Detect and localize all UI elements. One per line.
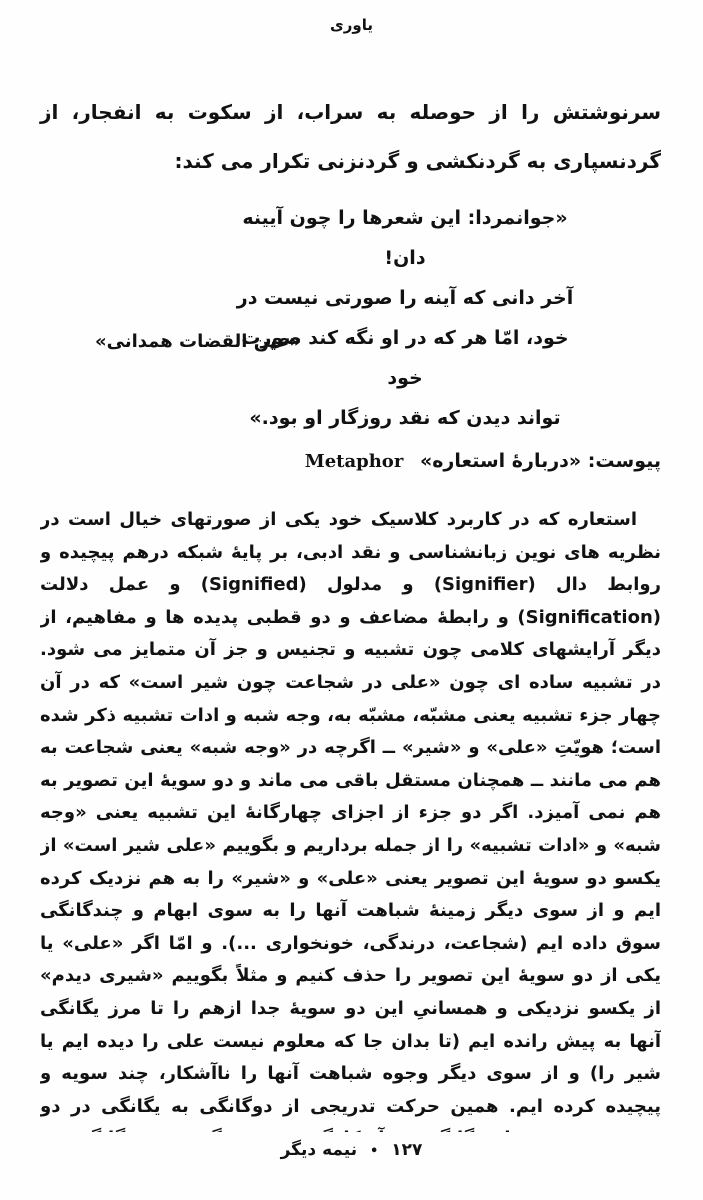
quote-attribution: «عین القضات همدانی» <box>0 328 703 356</box>
poem-quote-line: «جوانمردا: این شعرها را چون آیینه دان! <box>235 198 575 278</box>
section-heading: پیوست: «دربارهٔ استعاره» Metaphor <box>40 450 661 472</box>
poem-quote-line: تواند دیدن که نقد روزگار او بود.» <box>235 398 575 438</box>
footer-page-number: ۱۲۷ <box>391 1140 422 1160</box>
scanned-book-page: یاوری سرنوشتش را از حوصله به سراب، از سک… <box>0 0 703 1200</box>
section-heading-latin-term: Metaphor <box>305 451 404 472</box>
body-paragraph: استعاره که در کاربرد کلاسیک خود یکی از ص… <box>40 504 661 1132</box>
footer-journal-title: نیمه دیگر <box>281 1140 358 1160</box>
intro-paragraph: سرنوشتش را از حوصله به سراب، از سکوت به … <box>40 88 661 186</box>
page-footer: ۱۲۷ • نیمه دیگر <box>0 1140 703 1160</box>
poem-quote-line: آخر دانی که آینه را صورتی نیست در <box>235 278 575 318</box>
footer-separator-dot: • <box>370 1144 378 1159</box>
running-head: یاوری <box>0 16 703 34</box>
poem-quote-block: «جوانمردا: این شعرها را چون آیینه دان! آ… <box>235 198 575 438</box>
section-heading-persian: پیوست: «دربارهٔ استعاره» <box>420 450 661 472</box>
